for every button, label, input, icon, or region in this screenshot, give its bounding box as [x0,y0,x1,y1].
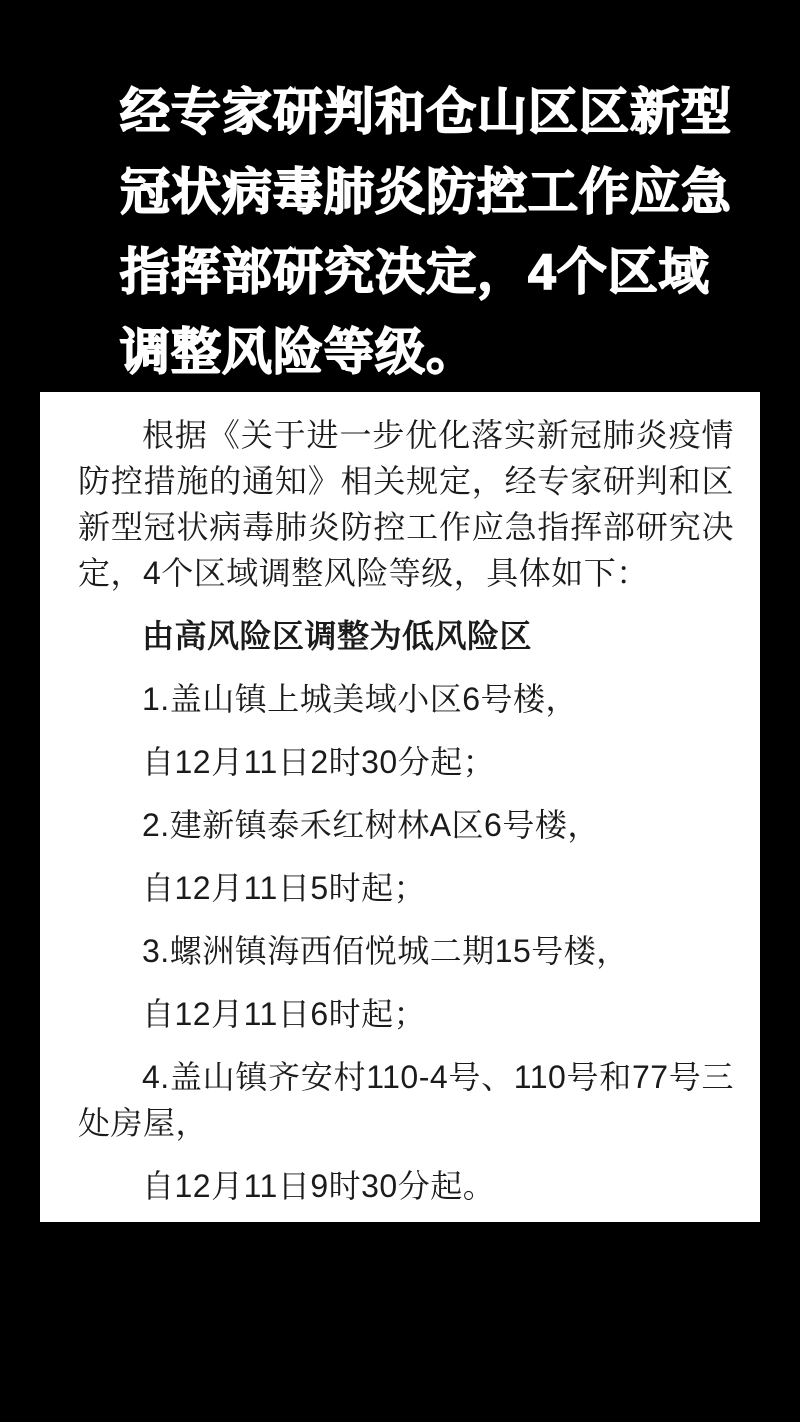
item-3-location: 3.螺洲镇海西佰悦城二期15号楼， [78,928,734,974]
headline-line-1: 经专家研判和仓山区区新型 [120,72,750,152]
headline: 经专家研判和仓山区区新型 冠状病毒肺炎防控工作应急 指挥部研究决定，4个区域 调… [120,72,750,392]
item-4-effective-date: 自12月11日9时30分起。 [78,1163,734,1209]
headline-line-2: 冠状病毒肺炎防控工作应急 [120,152,750,232]
item-2-location: 2.建新镇泰禾红树林A区6号楼， [78,802,734,848]
item-4-location: 4.盖山镇齐安村110-4号、110号和77号三处房屋， [78,1054,734,1146]
item-1-location: 1.盖山镇上城美域小区6号楼， [78,676,734,722]
section-heading: 由高风险区调整为低风险区 [78,613,734,659]
headline-line-4: 调整风险等级。 [120,312,750,392]
intro-paragraph: 根据《关于进一步优化落实新冠肺炎疫情防控措施的通知》相关规定，经专家研判和区新型… [78,412,734,596]
item-3-effective-date: 自12月11日6时起； [78,991,734,1037]
item-1-effective-date: 自12月11日2时30分起； [78,739,734,785]
headline-line-3: 指挥部研究决定，4个区域 [120,232,750,312]
announcement-image: 经专家研判和仓山区区新型 冠状病毒肺炎防控工作应急 指挥部研究决定，4个区域 调… [0,0,800,1422]
item-2-effective-date: 自12月11日5时起； [78,865,734,911]
body-panel: 根据《关于进一步优化落实新冠肺炎疫情防控措施的通知》相关规定，经专家研判和区新型… [40,392,760,1222]
